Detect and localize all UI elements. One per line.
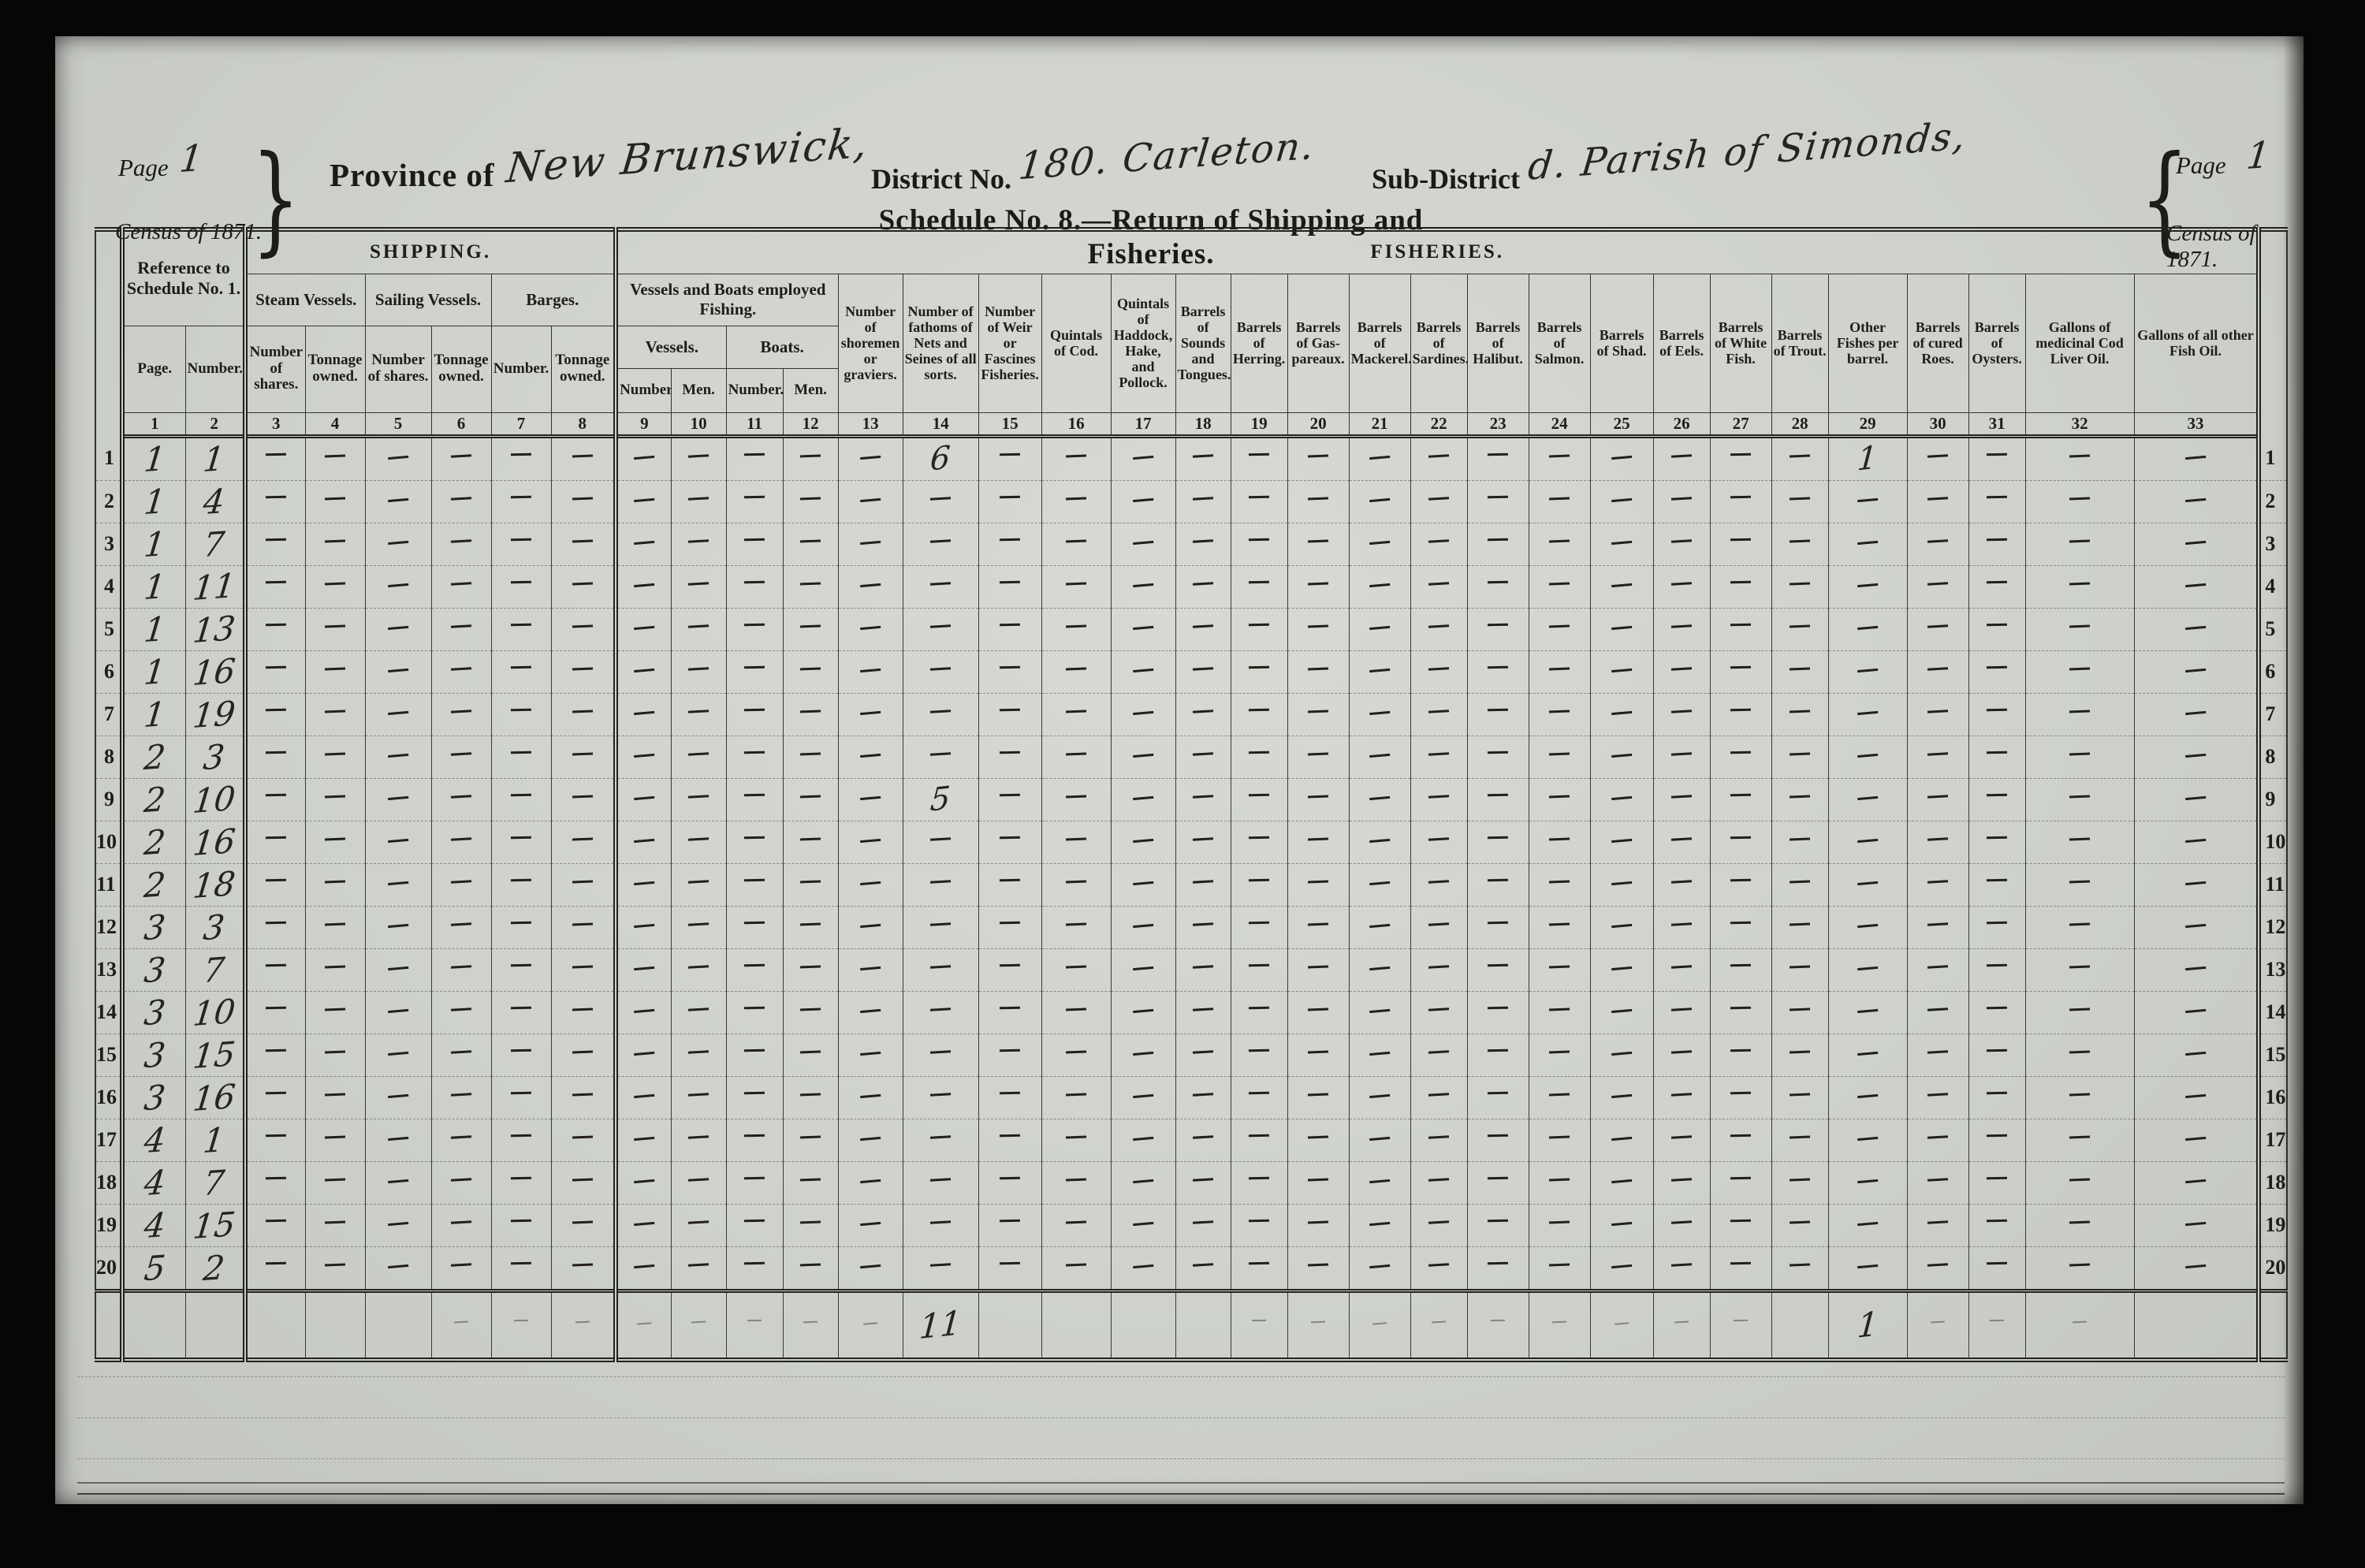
data-cell [1467, 821, 1529, 863]
table-row: 8238 [95, 736, 2287, 778]
data-cell [245, 608, 305, 650]
data-cell [1529, 1161, 1590, 1204]
column-number: 26 [1653, 412, 1710, 436]
data-cell [305, 1246, 365, 1291]
data-cell [1529, 1119, 1590, 1161]
data-cell [1467, 1204, 1529, 1246]
data-cell [1653, 1204, 1710, 1246]
column-number: 6 [431, 412, 491, 436]
data-cell [1828, 863, 1907, 906]
data-cell [1349, 523, 1410, 565]
data-cell [838, 906, 903, 948]
data-cell [245, 991, 305, 1034]
data-cell [838, 948, 903, 991]
data-cell [978, 1034, 1041, 1076]
data-cell [783, 480, 838, 523]
data-cell [1529, 736, 1590, 778]
data-cell [726, 650, 783, 693]
data-cell [903, 523, 978, 565]
column-number: 13 [838, 412, 903, 436]
data-cell [1968, 693, 2025, 736]
data-cell [671, 906, 726, 948]
data-cell [903, 1204, 978, 1246]
data-cell [2134, 736, 2259, 778]
data-cell [1828, 1161, 1907, 1204]
data-cell [616, 1246, 671, 1291]
province-value-handwritten: New Brunswick, [506, 132, 869, 180]
data-cell [1041, 1034, 1111, 1076]
data-cell [1710, 650, 1771, 693]
data-cell [491, 1246, 551, 1291]
data-cell [2134, 436, 2259, 480]
data-cell [903, 565, 978, 608]
data-cell [616, 778, 671, 821]
province-label: Province of [330, 156, 495, 194]
data-cell [551, 863, 616, 906]
data-cell [1590, 650, 1653, 693]
column-caption: Barrels of Eels. [1653, 274, 1710, 412]
data-cell [2134, 906, 2259, 948]
data-cell [1111, 565, 1175, 608]
table-row: 71197 [95, 693, 2287, 736]
data-cell [1529, 1291, 1590, 1360]
data-cell [1968, 948, 2025, 991]
sailing-vessels-header: Sailing Vessels. [365, 274, 491, 326]
data-cell [1590, 1119, 1653, 1161]
data-cell [431, 821, 491, 863]
data-cell [1968, 1076, 2025, 1119]
column-number: 27 [1710, 412, 1771, 436]
data-cell [365, 1076, 431, 1119]
data-cell [2134, 1076, 2259, 1119]
data-cell [1111, 1076, 1175, 1119]
data-cell [1771, 650, 1828, 693]
data-cell [1653, 821, 1710, 863]
data-cell [245, 1246, 305, 1291]
row-number-left: 2 [95, 480, 122, 523]
table-row: 2142 [95, 480, 2287, 523]
data-cell [245, 1076, 305, 1119]
data-cell [726, 948, 783, 991]
data-cell [1410, 821, 1467, 863]
data-cell [1287, 1119, 1349, 1161]
barges-tonnage-header: Tonnage owned. [551, 326, 616, 412]
data-cell [1590, 1034, 1653, 1076]
data-cell [1410, 1161, 1467, 1204]
data-cell [1590, 1076, 1653, 1119]
data-cell: 5 [903, 778, 978, 821]
data-cell [1111, 523, 1175, 565]
data-cell [431, 1076, 491, 1119]
data-cell [1175, 948, 1231, 991]
data-cell [616, 991, 671, 1034]
subdistrict-value-handwritten: d. Parish of Simonds, [1528, 129, 1967, 173]
data-cell [1041, 906, 1111, 948]
data-cell [431, 736, 491, 778]
data-cell [2025, 650, 2134, 693]
data-cell [903, 991, 978, 1034]
column-caption: Barrels of Sounds and Tongues. [1175, 274, 1231, 412]
data-cell [1041, 1076, 1111, 1119]
data-cell [1041, 778, 1111, 821]
data-cell [1041, 480, 1111, 523]
data-cell [2025, 608, 2134, 650]
data-cell [431, 1034, 491, 1076]
data-cell [838, 1076, 903, 1119]
reference-group-header: Reference to Schedule No. 1. [122, 229, 245, 326]
data-cell [2134, 1034, 2259, 1076]
row-number-left: 10 [95, 821, 122, 863]
data-cell [1590, 821, 1653, 863]
steam-vessels-header: Steam Vessels. [245, 274, 365, 326]
data-cell [1771, 991, 1828, 1034]
data-cell [838, 863, 903, 906]
data-cell [1828, 1204, 1907, 1246]
data-cell [431, 608, 491, 650]
cell-page: 4 [122, 1204, 185, 1246]
column-number: 7 [491, 412, 551, 436]
data-cell [431, 991, 491, 1034]
data-cell [245, 1291, 305, 1360]
data-cell [1175, 1076, 1231, 1119]
data-cell: 11 [903, 1291, 978, 1360]
data-cell [838, 821, 903, 863]
data-cell [491, 565, 551, 608]
data-cell [1710, 1119, 1771, 1161]
row-number-left: 16 [95, 1076, 122, 1119]
data-cell [1968, 523, 2025, 565]
data-cell [1907, 608, 1968, 650]
data-cell [1529, 778, 1590, 821]
row-number-left: 11 [95, 863, 122, 906]
cell-number: 3 [185, 736, 245, 778]
data-cell [1287, 608, 1349, 650]
data-cell [1467, 948, 1529, 991]
column-caption: Barrels of Trout. [1771, 274, 1828, 412]
data-cell [491, 1204, 551, 1246]
data-cell [783, 1246, 838, 1291]
column-number: 9 [616, 412, 671, 436]
data-cell [1231, 693, 1287, 736]
data-cell [1653, 1076, 1710, 1119]
data-cell [978, 1161, 1041, 1204]
data-cell [1410, 1034, 1467, 1076]
data-cell [1111, 1119, 1175, 1161]
data-cell [1231, 1291, 1287, 1360]
data-cell [1041, 565, 1111, 608]
data-cell [978, 480, 1041, 523]
data-cell [783, 863, 838, 906]
data-cell [1968, 1246, 2025, 1291]
data-cell [1175, 693, 1231, 736]
data-cell [978, 565, 1041, 608]
data-cell [491, 863, 551, 906]
data-cell [1590, 906, 1653, 948]
data-cell [1968, 991, 2025, 1034]
data-cell [1041, 1246, 1111, 1291]
data-cell [1907, 693, 1968, 736]
data-cell [838, 1034, 903, 1076]
data-cell [2025, 1204, 2134, 1246]
data-cell [2025, 1291, 2134, 1360]
data-cell [616, 608, 671, 650]
data-cell [1349, 1204, 1410, 1246]
data-cell [1590, 736, 1653, 778]
data-cell [1041, 1161, 1111, 1204]
data-cell [2134, 1161, 2259, 1204]
data-cell [1231, 736, 1287, 778]
page-edge-shadow [2283, 36, 2304, 1504]
row-number-left: 18 [95, 1161, 122, 1204]
column-number: 2 [185, 412, 245, 436]
data-cell [671, 693, 726, 736]
data-cell [491, 436, 551, 480]
table-row: 1631616 [95, 1076, 2287, 1119]
row-number-left: 7 [95, 693, 122, 736]
data-cell [1907, 436, 1968, 480]
data-cell [1041, 523, 1111, 565]
vessels-men-header: Men. [671, 368, 726, 412]
data-cell [245, 863, 305, 906]
data-cell [365, 821, 431, 863]
data-cell [245, 906, 305, 948]
data-cell [551, 1204, 616, 1246]
data-cell [1231, 991, 1287, 1034]
data-cell [1041, 991, 1111, 1034]
data-cell [671, 1204, 726, 1246]
data-cell [1653, 948, 1710, 991]
data-cell [1287, 778, 1349, 821]
data-cell [1467, 565, 1529, 608]
data-cell [903, 736, 978, 778]
data-cell [671, 736, 726, 778]
data-cell [491, 948, 551, 991]
column-caption: Gallons of all other Fish Oil. [2134, 274, 2259, 412]
data-cell [1467, 1076, 1529, 1119]
data-cell [365, 1161, 431, 1204]
data-cell [1771, 608, 1828, 650]
data-cell [1771, 906, 1828, 948]
data-cell [1529, 906, 1590, 948]
data-cell [491, 736, 551, 778]
data-cell [1529, 650, 1590, 693]
shipping-fisheries-table: Reference to Schedule No. 1. SHIPPING. F… [95, 227, 2288, 1362]
table-row: 123312 [95, 906, 2287, 948]
cell-page: 1 [122, 523, 185, 565]
steam-shares-header: Number of shares. [245, 326, 305, 412]
data-cell [431, 778, 491, 821]
data-cell [1041, 736, 1111, 778]
cell-page: 1 [122, 608, 185, 650]
column-number: 4 [305, 412, 365, 436]
data-cell [1710, 608, 1771, 650]
data-cell [671, 1076, 726, 1119]
data-cell [1968, 778, 2025, 821]
data-cell [1231, 436, 1287, 480]
data-cell [1907, 948, 1968, 991]
column-number: 21 [1349, 412, 1410, 436]
data-cell [1653, 736, 1710, 778]
total-row: 111 [95, 1291, 2287, 1360]
data-cell [726, 821, 783, 863]
data-cell [431, 436, 491, 480]
shipping-group-header: SHIPPING. [245, 229, 616, 274]
data-cell [1529, 608, 1590, 650]
data-cell [671, 436, 726, 480]
data-cell [1590, 480, 1653, 523]
data-cell [551, 991, 616, 1034]
data-cell [838, 480, 903, 523]
data-cell [838, 608, 903, 650]
cell-number: 4 [185, 480, 245, 523]
vessels-number-header: Number. [616, 368, 671, 412]
data-cell [1771, 565, 1828, 608]
data-cell [1175, 863, 1231, 906]
data-cell [2134, 991, 2259, 1034]
cell-page: 3 [122, 1034, 185, 1076]
data-cell [616, 863, 671, 906]
data-cell [978, 1291, 1041, 1360]
data-cell [365, 565, 431, 608]
data-cell [1349, 608, 1410, 650]
data-cell [245, 778, 305, 821]
data-cell [1410, 436, 1467, 480]
data-cell [1907, 1204, 1968, 1246]
data-cell [783, 650, 838, 693]
data-cell [305, 778, 365, 821]
row-number-left: 12 [95, 906, 122, 948]
data-cell [1771, 1034, 1828, 1076]
data-cell [2025, 948, 2134, 991]
data-cell [1111, 863, 1175, 906]
data-cell [1529, 523, 1590, 565]
data-cell [1231, 1204, 1287, 1246]
data-cell [1467, 436, 1529, 480]
cell-page: 1 [122, 650, 185, 693]
column-number: 29 [1828, 412, 1907, 436]
row-number-left: 20 [95, 1246, 122, 1291]
column-number: 12 [783, 412, 838, 436]
data-cell [616, 1161, 671, 1204]
data-cell [2025, 523, 2134, 565]
data-cell [1175, 1204, 1231, 1246]
data-cell [726, 1246, 783, 1291]
data-cell [551, 821, 616, 863]
data-cell [1771, 863, 1828, 906]
data-cell [305, 650, 365, 693]
data-cell [491, 1034, 551, 1076]
data-cell [1968, 1204, 2025, 1246]
column-number: 8 [551, 412, 616, 436]
data-cell [1771, 693, 1828, 736]
data-cell [1590, 565, 1653, 608]
data-cell [1175, 480, 1231, 523]
data-cell [1653, 565, 1710, 608]
data-cell [1529, 991, 1590, 1034]
cell-number: 10 [185, 778, 245, 821]
data-cell [491, 1291, 551, 1360]
data-cell [726, 1204, 783, 1246]
data-cell [1287, 565, 1349, 608]
data-cell [1907, 565, 1968, 608]
data-cell [1529, 821, 1590, 863]
data-cell [903, 1034, 978, 1076]
data-cell [1771, 1119, 1828, 1161]
data-cell [1349, 1246, 1410, 1291]
data-cell [1041, 436, 1111, 480]
data-cell [783, 1204, 838, 1246]
data-cell [1828, 523, 1907, 565]
ruled-line-dark [77, 1493, 2285, 1495]
data-cell [551, 736, 616, 778]
data-cell [1710, 565, 1771, 608]
data-cell [726, 436, 783, 480]
data-cell [305, 736, 365, 778]
data-cell [491, 693, 551, 736]
data-cell [1231, 778, 1287, 821]
data-cell [245, 693, 305, 736]
data-cell [671, 1246, 726, 1291]
data-cell [551, 1161, 616, 1204]
data-cell [365, 736, 431, 778]
data-rows: 1116112142317341114511356116671197823892… [95, 436, 2287, 1360]
data-cell [783, 565, 838, 608]
data-cell [616, 736, 671, 778]
data-cell [616, 480, 671, 523]
data-cell [1287, 991, 1349, 1034]
data-cell [1771, 523, 1828, 565]
data-cell [365, 1204, 431, 1246]
data-cell [431, 650, 491, 693]
barges-header: Barges. [491, 274, 616, 326]
data-cell [1175, 1291, 1231, 1360]
data-cell [1653, 523, 1710, 565]
table-row: 1431014 [95, 991, 2287, 1034]
data-cell [1653, 991, 1710, 1034]
cell-page: 4 [122, 1119, 185, 1161]
data-cell [838, 1246, 903, 1291]
data-cell [491, 650, 551, 693]
data-cell [365, 906, 431, 948]
cell-page [122, 1291, 185, 1360]
data-cell [1410, 693, 1467, 736]
cell-number: 10 [185, 991, 245, 1034]
row-number-left: 15 [95, 1034, 122, 1076]
data-cell [1771, 1076, 1828, 1119]
data-cell [245, 1034, 305, 1076]
data-cell [551, 1119, 616, 1161]
data-cell [1590, 436, 1653, 480]
data-cell [245, 565, 305, 608]
data-cell [1771, 1161, 1828, 1204]
data-cell [1653, 1161, 1710, 1204]
data-cell [305, 1119, 365, 1161]
data-cell [1590, 948, 1653, 991]
data-cell: 1 [1828, 1291, 1907, 1360]
data-cell [1111, 693, 1175, 736]
ruled-line [77, 1376, 2285, 1377]
data-cell [1349, 565, 1410, 608]
data-cell [551, 436, 616, 480]
cell-page: 2 [122, 821, 185, 863]
column-caption: Barrels of Oysters. [1968, 274, 2025, 412]
column-number: 32 [2025, 412, 2134, 436]
page-number-left: 1 [180, 137, 203, 180]
data-cell [551, 1246, 616, 1291]
data-cell [978, 1204, 1041, 1246]
data-cell [1968, 821, 2025, 863]
data-cell [1175, 906, 1231, 948]
